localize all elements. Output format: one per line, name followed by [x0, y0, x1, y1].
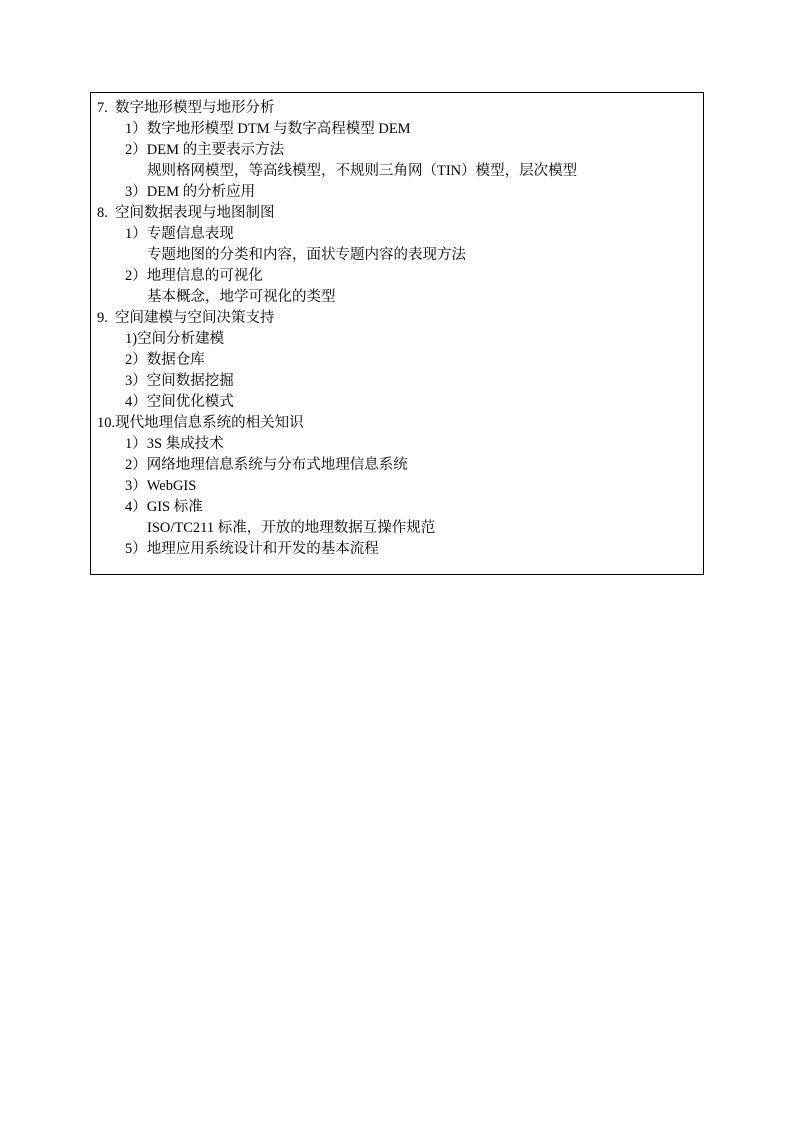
section-number: 9. — [97, 308, 115, 329]
outline-item-detail: ISO/TC211 标准，开放的地理数据互操作规范 — [97, 518, 695, 539]
section-number: 7. — [97, 98, 115, 119]
outline-item: 1)空间分析建模 — [97, 329, 695, 350]
document-page: 7.数字地形模型与地形分析 1）数字地形模型 DTM 与数字高程模型 DEM 2… — [0, 0, 793, 1121]
outline-item: 4）GIS 标准 — [97, 497, 695, 518]
outline-item: 3）WebGIS — [97, 476, 695, 497]
outline-item: 2）DEM 的主要表示方法 — [97, 140, 695, 161]
outline-item: 1）数字地形模型 DTM 与数字高程模型 DEM — [97, 119, 695, 140]
outline-section-10: 10.现代地理信息系统的相关知识 — [97, 413, 695, 434]
section-number: 8. — [97, 203, 115, 224]
course-outline-box: 7.数字地形模型与地形分析 1）数字地形模型 DTM 与数字高程模型 DEM 2… — [90, 92, 704, 575]
outline-item: 1）专题信息表现 — [97, 224, 695, 245]
outline-item: 1）3S 集成技术 — [97, 434, 695, 455]
outline-item: 2）数据仓库 — [97, 350, 695, 371]
outline-item: 3）空间数据挖掘 — [97, 371, 695, 392]
outline-section-8: 8.空间数据表现与地图制图 — [97, 203, 695, 224]
outline-item: 2）网络地理信息系统与分布式地理信息系统 — [97, 455, 695, 476]
outline-item-detail: 基本概念，地学可视化的类型 — [97, 287, 695, 308]
outline-section-9: 9.空间建模与空间决策支持 — [97, 308, 695, 329]
outline-section-7: 7.数字地形模型与地形分析 — [97, 98, 695, 119]
outline-item-detail: 专题地图的分类和内容，面状专题内容的表现方法 — [97, 245, 695, 266]
outline-item: 3）DEM 的分析应用 — [97, 182, 695, 203]
outline-item: 2）地理信息的可视化 — [97, 266, 695, 287]
section-title: 数字地形模型与地形分析 — [115, 100, 275, 116]
section-title: 现代地理信息系统的相关知识 — [115, 415, 304, 431]
outline-item-detail: 规则格网模型，等高线模型，不规则三角网（TIN）模型，层次模型 — [97, 161, 695, 182]
section-title: 空间建模与空间决策支持 — [115, 310, 275, 326]
outline-item: 5）地理应用系统设计和开发的基本流程 — [97, 539, 695, 560]
outline-item: 4）空间优化模式 — [97, 392, 695, 413]
section-number: 10. — [97, 413, 115, 434]
section-title: 空间数据表现与地图制图 — [115, 205, 275, 221]
